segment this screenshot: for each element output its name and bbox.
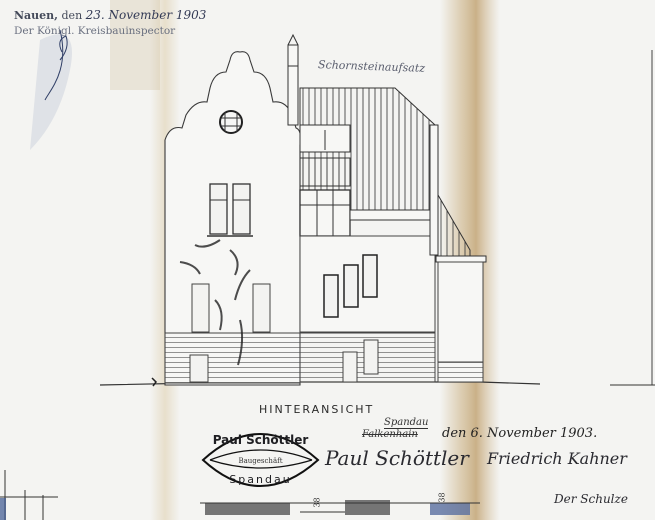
drawing-sheet: Nauen, den 23. November 1903 Der Königl.… [0, 0, 655, 520]
place-correction-new: Spandau [384, 417, 428, 429]
signature-owner: Friedrich Kahner [487, 449, 627, 468]
stamp-company-name: Paul Schöttler [198, 433, 323, 447]
place-correction-old: Falkenhain [362, 429, 418, 440]
approval-date: 23. November 1903 [86, 8, 207, 22]
approval-place-date: Nauen, den 23. November 1903 [14, 8, 206, 22]
stamp-trade: Baugeschäft [198, 457, 323, 465]
elevation-drawing [0, 0, 655, 520]
approval-date-prefix: den [62, 9, 83, 22]
drawing-title: HINTERANSICHT [259, 403, 374, 416]
approval-authority: Der Königl. Kreisbauinspector [14, 25, 175, 37]
dimension-label: 38 [438, 492, 447, 502]
signing-date: den 6. November 1903. [442, 426, 597, 441]
dimension-label: 38 [313, 497, 322, 507]
company-stamp: Paul Schöttler Baugeschäft Spandau [198, 425, 323, 495]
signature-third: Der Schulze [554, 492, 628, 506]
signature-builder: Paul Schöttler [325, 446, 469, 470]
approval-place: Nauen, [14, 9, 58, 22]
stamp-city: Spandau [198, 473, 323, 486]
